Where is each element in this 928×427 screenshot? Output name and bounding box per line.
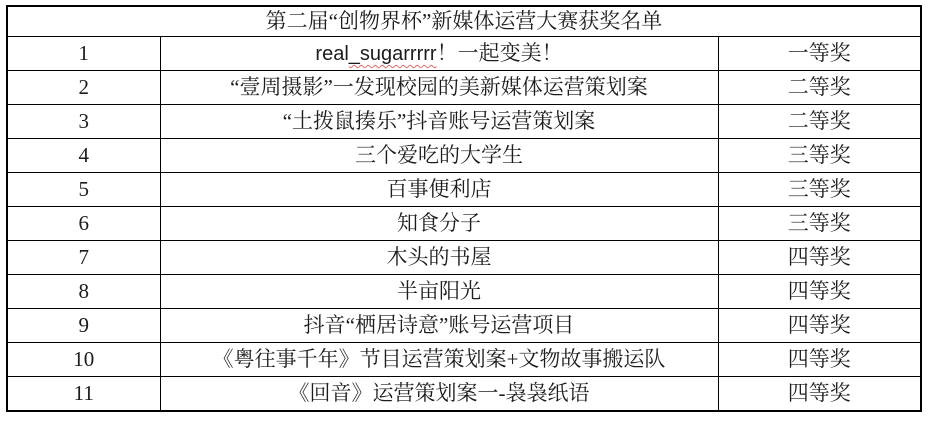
entry-name-cell: real_sugarrrrr！一起变美！ (160, 37, 718, 71)
entry-name-cell: 《回音》运营策划案一-袅袅纸语 (160, 377, 718, 412)
table-row: 9 抖音“栖居诗意”账号运营项目 四等奖 (7, 309, 921, 343)
table-title: 第二届“创物界杯”新媒体运营大赛获奖名单 (7, 6, 921, 37)
award-cell: 四等奖 (718, 343, 921, 377)
rank-cell: 7 (7, 241, 160, 275)
table-row: 1 real_sugarrrrr！一起变美！ 一等奖 (7, 37, 921, 71)
entry-name-cell: 知食分子 (160, 207, 718, 241)
table-row: 11 《回音》运营策划案一-袅袅纸语 四等奖 (7, 377, 921, 412)
award-cell: 一等奖 (718, 37, 921, 71)
rank-cell: 8 (7, 275, 160, 309)
award-cell: 二等奖 (718, 71, 921, 105)
table-row: 3 “土拨鼠揍乐”抖音账号运营策划案 二等奖 (7, 105, 921, 139)
table-row: 6 知食分子 三等奖 (7, 207, 921, 241)
entry-name-cell: “土拨鼠揍乐”抖音账号运营策划案 (160, 105, 718, 139)
rank-cell: 4 (7, 139, 160, 173)
entry-name-cell: 木头的书屋 (160, 241, 718, 275)
rank-cell: 3 (7, 105, 160, 139)
table-row: 8 半亩阳光 四等奖 (7, 275, 921, 309)
table-row: 4 三个爱吃的大学生 三等奖 (7, 139, 921, 173)
table-row: 7 木头的书屋 四等奖 (7, 241, 921, 275)
award-cell: 二等奖 (718, 105, 921, 139)
rank-cell: 1 (7, 37, 160, 71)
award-cell: 四等奖 (718, 275, 921, 309)
award-cell: 四等奖 (718, 377, 921, 412)
document-page: 第二届“创物界杯”新媒体运营大赛获奖名单 1 real_sugarrrrr！一起… (0, 0, 928, 412)
award-cell: 三等奖 (718, 207, 921, 241)
rank-cell: 2 (7, 71, 160, 105)
award-cell: 三等奖 (718, 173, 921, 207)
award-cell: 三等奖 (718, 139, 921, 173)
entry-name-cell: 三个爱吃的大学生 (160, 139, 718, 173)
award-cell: 四等奖 (718, 241, 921, 275)
award-cell: 四等奖 (718, 309, 921, 343)
rank-cell: 9 (7, 309, 160, 343)
entry-name-cell: 《粤往事千年》节目运营策划案+文物故事搬运队 (160, 343, 718, 377)
table-row: 2 “壹周摄影”一发现校园的美新媒体运营策划案 二等奖 (7, 71, 921, 105)
rank-cell: 6 (7, 207, 160, 241)
entry-name-cell: 百事便利店 (160, 173, 718, 207)
table-row: 10 《粤往事千年》节目运营策划案+文物故事搬运队 四等奖 (7, 343, 921, 377)
rank-cell: 5 (7, 173, 160, 207)
misspelled-text: _sugarrrrr (349, 43, 437, 65)
rank-cell: 11 (7, 377, 160, 412)
entry-name-cell: 半亩阳光 (160, 275, 718, 309)
entry-name-cell: 抖音“栖居诗意”账号运营项目 (160, 309, 718, 343)
table-title-row: 第二届“创物界杯”新媒体运营大赛获奖名单 (7, 6, 921, 37)
awards-table: 第二届“创物界杯”新媒体运营大赛获奖名单 1 real_sugarrrrr！一起… (6, 5, 922, 412)
rank-cell: 10 (7, 343, 160, 377)
entry-name-cjk: ！一起变美！ (437, 41, 563, 65)
table-row: 5 百事便利店 三等奖 (7, 173, 921, 207)
entry-name-latin: real (315, 43, 348, 65)
entry-name-cell: “壹周摄影”一发现校园的美新媒体运营策划案 (160, 71, 718, 105)
